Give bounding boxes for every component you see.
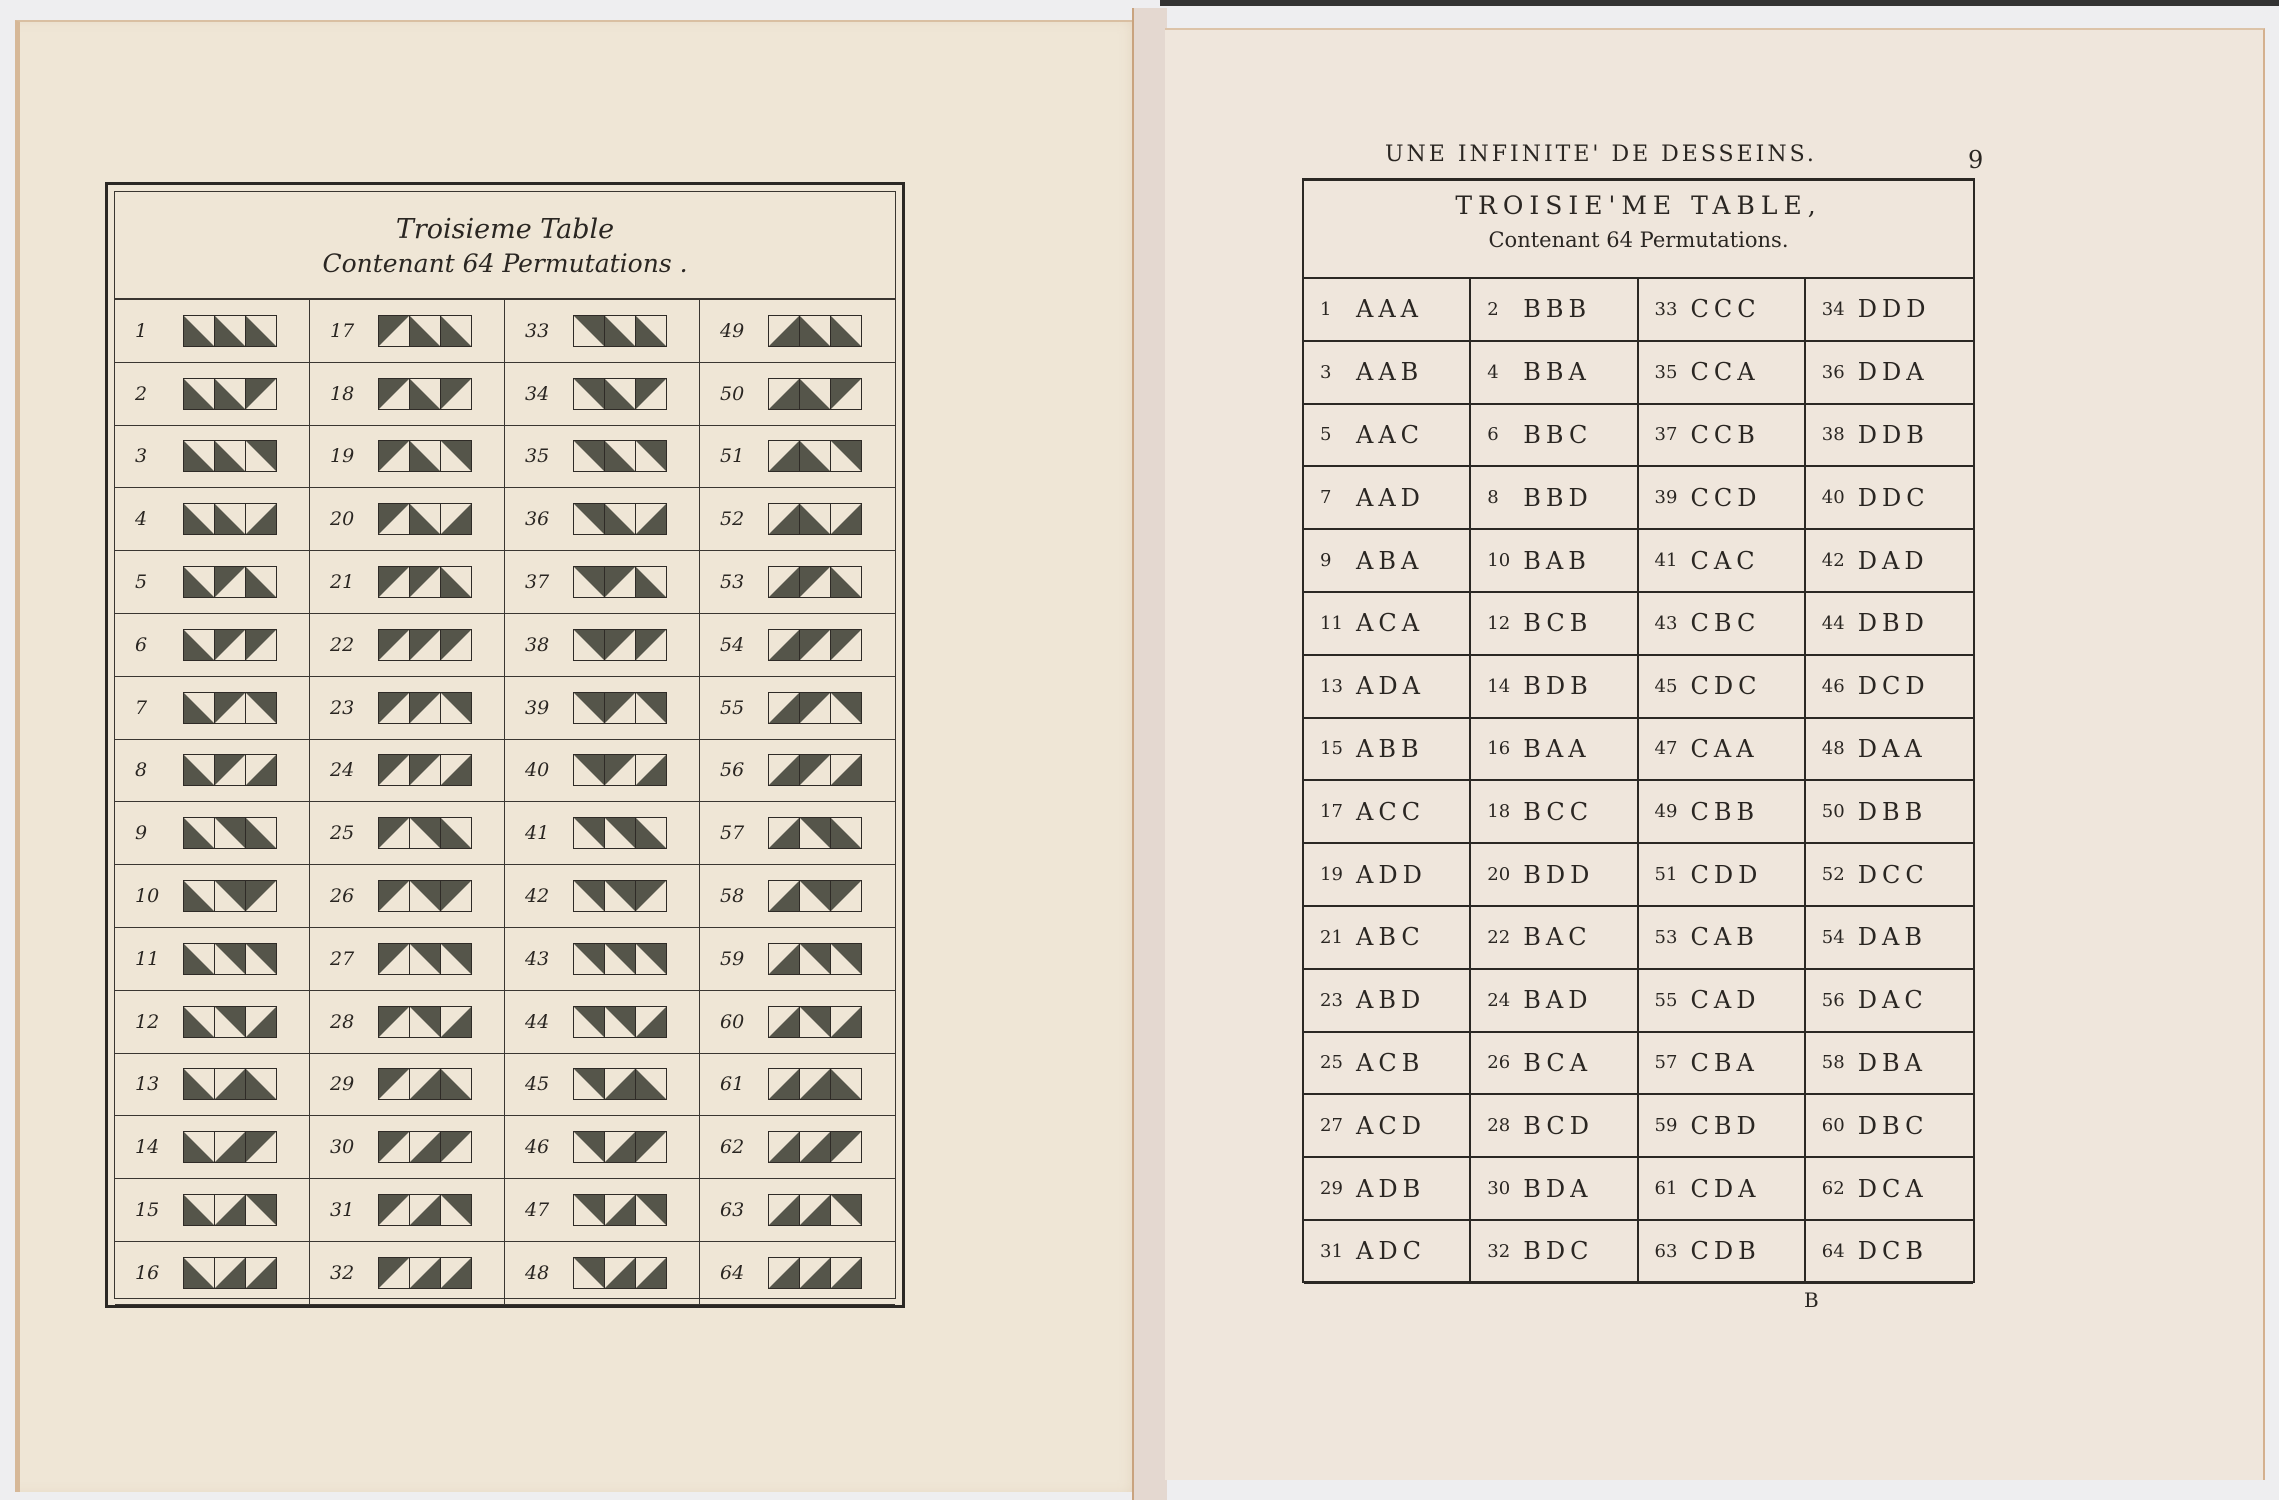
permutation-number: 48 [525, 1262, 573, 1284]
tile-table-cell: 29 [310, 1054, 505, 1117]
triangle-tile-c-icon [605, 1007, 636, 1037]
triangle-tile-c-icon [574, 944, 605, 974]
letter-table-title-block: TROISIE'ME TABLE, Contenant 64 Permutati… [1304, 181, 1973, 279]
triangle-tile-d-icon [410, 1258, 441, 1288]
triangle-tile-b-icon [215, 630, 246, 660]
triangle-tile-c-icon [574, 316, 605, 346]
letter-table-cell: 47CAA [1639, 719, 1806, 782]
triangle-tile-b-icon [800, 755, 831, 785]
permutation-number: 63 [1655, 1241, 1691, 1262]
triangle-tile-d-icon [215, 1069, 246, 1099]
triangle-tile-d-icon [769, 693, 800, 723]
permutation-letters: DDD [1858, 295, 1931, 323]
permutation-letters: ABB [1356, 735, 1424, 763]
permutation-number: 9 [135, 822, 183, 844]
triangle-tile-b-icon [800, 567, 831, 597]
triangle-tile-b-icon [410, 630, 441, 660]
tile-table-cell: 55 [700, 677, 895, 740]
tile-table-cell: 17 [310, 300, 505, 363]
permutation-number: 4 [135, 508, 183, 530]
triangle-tile-b-icon [410, 755, 441, 785]
triangle-tile-b-icon [379, 818, 410, 848]
tile-strip [573, 754, 667, 786]
triangle-tile-b-icon [379, 504, 410, 534]
tile-table-cell: 18 [310, 363, 505, 426]
triangle-tile-d-icon [636, 1258, 666, 1288]
permutation-letters: ADC [1356, 1237, 1426, 1265]
triangle-tile-c-icon [605, 818, 636, 848]
tile-table-cell: 12 [115, 991, 310, 1054]
tile-table-cell: 8 [115, 740, 310, 803]
letter-table-cell: 5AAC [1304, 405, 1471, 468]
triangle-tile-c-icon [831, 441, 861, 471]
tile-table-cell: 39 [505, 677, 700, 740]
tile-table-cell: 38 [505, 614, 700, 677]
tile-strip [768, 378, 862, 410]
triangle-tile-b-icon [246, 630, 276, 660]
triangle-tile-d-icon [769, 1132, 800, 1162]
tile-table-cell: 20 [310, 488, 505, 551]
tile-table-cell: 28 [310, 991, 505, 1054]
permutation-number: 16 [1487, 738, 1523, 759]
triangle-tile-c-icon [800, 881, 831, 911]
letter-table-cell: 58DBA [1806, 1033, 1973, 1096]
triangle-tile-b-icon [636, 630, 666, 660]
tile-table-title: Troisieme Table [115, 192, 895, 245]
running-head: UNE INFINITE' DE DESSEINS. [1385, 142, 1817, 167]
tile-strip [768, 1194, 862, 1226]
permutation-letters: ADD [1356, 861, 1427, 889]
triangle-tile-d-icon [605, 1258, 636, 1288]
permutation-number: 14 [135, 1136, 183, 1158]
triangle-tile-c-icon [441, 441, 471, 471]
permutation-number: 21 [330, 571, 378, 593]
tile-table-cell: 43 [505, 928, 700, 991]
letter-table-cell: 57CBA [1639, 1033, 1806, 1096]
permutation-number: 27 [330, 948, 378, 970]
permutation-letters: DCD [1858, 672, 1930, 700]
triangle-tile-b-icon [831, 379, 861, 409]
letter-table-cell: 46DCD [1806, 656, 1973, 719]
triangle-tile-d-icon [769, 630, 800, 660]
permutation-number: 1 [135, 320, 183, 342]
permutation-number: 12 [135, 1011, 183, 1033]
triangle-tile-a-icon [410, 316, 441, 346]
letter-table-cell: 34DDD [1806, 279, 1973, 342]
triangle-tile-d-icon [831, 504, 861, 534]
triangle-tile-d-icon [769, 316, 800, 346]
tile-strip [573, 1006, 667, 1038]
tile-strip [378, 503, 472, 535]
permutation-number: 25 [1320, 1052, 1356, 1073]
triangle-tile-c-icon [574, 1195, 605, 1225]
permutation-letters: CAC [1691, 547, 1760, 575]
tile-strip [573, 1194, 667, 1226]
permutation-letters: DBB [1858, 798, 1928, 826]
triangle-tile-b-icon [246, 379, 276, 409]
permutation-letters: ABD [1356, 986, 1425, 1014]
permutation-number: 29 [1320, 1178, 1356, 1199]
permutation-letters: AAB [1356, 358, 1423, 386]
letter-table-cell: 37CCB [1639, 405, 1806, 468]
permutation-letters: CAA [1691, 735, 1759, 763]
permutation-number: 60 [1822, 1115, 1858, 1136]
triangle-tile-c-icon [574, 1007, 605, 1037]
triangle-tile-c-icon [605, 944, 636, 974]
permutation-number: 52 [1822, 864, 1858, 885]
permutation-number: 59 [720, 948, 768, 970]
permutation-letters: BDC [1523, 1237, 1593, 1265]
triangle-tile-d-icon [769, 944, 800, 974]
triangle-tile-c-icon [574, 693, 605, 723]
triangle-tile-b-icon [441, 1132, 471, 1162]
letter-table-cell: 55CAD [1639, 970, 1806, 1033]
triangle-tile-a-icon [800, 316, 831, 346]
letter-table-cell: 25ACB [1304, 1033, 1471, 1096]
permutation-number: 5 [1320, 424, 1356, 445]
permutation-number: 36 [525, 508, 573, 530]
triangle-tile-a-icon [215, 441, 246, 471]
letter-table-cell: 51CDD [1639, 844, 1806, 907]
triangle-tile-b-icon [831, 630, 861, 660]
triangle-tile-b-icon [379, 1007, 410, 1037]
tile-table-cell: 60 [700, 991, 895, 1054]
tile-strip [378, 1068, 472, 1100]
permutation-number: 40 [1822, 487, 1858, 508]
permutation-number: 26 [330, 885, 378, 907]
tile-strip [768, 440, 862, 472]
letter-table-cell: 18BCC [1471, 781, 1638, 844]
triangle-tile-c-icon [574, 1132, 605, 1162]
triangle-tile-b-icon [636, 1132, 666, 1162]
triangle-tile-c-icon [800, 818, 831, 848]
letter-table-cell: 8BBD [1471, 467, 1638, 530]
letter-table-cell: 36DDA [1806, 342, 1973, 405]
tile-strip [768, 692, 862, 724]
permutation-number: 27 [1320, 1115, 1356, 1136]
triangle-tile-c-icon [246, 944, 276, 974]
permutation-letters: DDC [1858, 484, 1930, 512]
tile-strip [573, 629, 667, 661]
triangle-tile-b-icon [636, 881, 666, 911]
letter-table-cell: 43CBC [1639, 593, 1806, 656]
permutation-letters: BBC [1523, 421, 1592, 449]
triangle-tile-a-icon [184, 1132, 215, 1162]
triangle-tile-d-icon [636, 504, 666, 534]
triangle-tile-a-icon [605, 504, 636, 534]
triangle-tile-a-icon [410, 379, 441, 409]
letter-table-cell: 27ACD [1304, 1095, 1471, 1158]
permutation-letters: CBC [1691, 609, 1761, 637]
permutation-letters: DBD [1858, 609, 1929, 637]
triangle-tile-c-icon [574, 630, 605, 660]
letter-table-cell: 2BBB [1471, 279, 1638, 342]
tile-table-cell: 52 [700, 488, 895, 551]
permutation-number: 55 [1655, 990, 1691, 1011]
tile-strip [378, 440, 472, 472]
triangle-tile-c-icon [215, 818, 246, 848]
tile-permutation-table: Troisieme Table Contenant 64 Permutation… [105, 182, 905, 1308]
triangle-tile-d-icon [800, 1258, 831, 1288]
tile-strip [183, 566, 277, 598]
tile-table-cell: 26 [310, 865, 505, 928]
triangle-tile-c-icon [410, 881, 441, 911]
tile-table-cell: 46 [505, 1116, 700, 1179]
permutation-letters: DDB [1858, 421, 1929, 449]
triangle-tile-d-icon [769, 1258, 800, 1288]
permutation-number: 59 [1655, 1115, 1691, 1136]
triangle-tile-a-icon [184, 567, 215, 597]
tile-strip [378, 315, 472, 347]
permutation-number: 44 [1822, 613, 1858, 634]
permutation-number: 57 [720, 822, 768, 844]
triangle-tile-d-icon [246, 755, 276, 785]
tile-table-cell: 49 [700, 300, 895, 363]
triangle-tile-a-icon [184, 316, 215, 346]
permutation-letters: BCC [1523, 798, 1593, 826]
permutation-letters: DDA [1858, 358, 1929, 386]
triangle-tile-d-icon [769, 567, 800, 597]
triangle-tile-c-icon [410, 818, 441, 848]
tile-table-cell: 44 [505, 991, 700, 1054]
triangle-tile-c-icon [574, 441, 605, 471]
triangle-tile-a-icon [636, 1069, 666, 1099]
tile-strip [378, 566, 472, 598]
permutation-letters: CBA [1691, 1049, 1759, 1077]
letter-table-cell: 3AAB [1304, 342, 1471, 405]
permutation-number: 2 [1487, 299, 1523, 320]
permutation-number: 42 [1822, 550, 1858, 571]
triangle-tile-a-icon [184, 1258, 215, 1288]
triangle-tile-d-icon [215, 1132, 246, 1162]
triangle-tile-b-icon [831, 1132, 861, 1162]
triangle-tile-b-icon [379, 1258, 410, 1288]
triangle-tile-a-icon [184, 441, 215, 471]
triangle-tile-b-icon [605, 755, 636, 785]
permutation-number: 24 [1487, 990, 1523, 1011]
letter-table-cell: 41CAC [1639, 530, 1806, 593]
tile-strip [573, 1257, 667, 1289]
letter-table-cell: 16BAA [1471, 719, 1638, 782]
triangle-tile-a-icon [800, 379, 831, 409]
tile-strip [183, 817, 277, 849]
permutation-number: 49 [720, 320, 768, 342]
triangle-tile-a-icon [441, 316, 471, 346]
triangle-tile-b-icon [410, 567, 441, 597]
triangle-tile-d-icon [769, 379, 800, 409]
permutation-number: 53 [1655, 927, 1691, 948]
permutation-number: 50 [1822, 801, 1858, 822]
tile-table-cell: 11 [115, 928, 310, 991]
triangle-tile-b-icon [410, 693, 441, 723]
tile-strip [378, 378, 472, 410]
tile-table-cell: 42 [505, 865, 700, 928]
permutation-number: 49 [1655, 801, 1691, 822]
tile-table-cell: 48 [505, 1242, 700, 1305]
letter-table-cell: 17ACC [1304, 781, 1471, 844]
tile-table-cell: 15 [115, 1179, 310, 1242]
permutation-number: 23 [1320, 990, 1356, 1011]
tile-strip [183, 378, 277, 410]
tile-strip [378, 754, 472, 786]
triangle-tile-a-icon [184, 379, 215, 409]
triangle-tile-d-icon [769, 881, 800, 911]
permutation-number: 47 [525, 1199, 573, 1221]
tile-strip [768, 629, 862, 661]
tile-strip [768, 1131, 862, 1163]
triangle-tile-d-icon [410, 1132, 441, 1162]
tile-strip [183, 943, 277, 975]
triangle-tile-a-icon [184, 944, 215, 974]
letter-table-cell: 35CCA [1639, 342, 1806, 405]
permutation-letters: DCB [1858, 1237, 1928, 1265]
letter-table-cell: 21ABC [1304, 907, 1471, 970]
tile-strip [768, 817, 862, 849]
triangle-tile-b-icon [215, 567, 246, 597]
tile-table-cell: 10 [115, 865, 310, 928]
triangle-tile-a-icon [831, 316, 861, 346]
triangle-tile-a-icon [636, 316, 666, 346]
triangle-tile-b-icon [379, 944, 410, 974]
letter-table-cell: 1AAA [1304, 279, 1471, 342]
permutation-number: 15 [1320, 738, 1356, 759]
letter-table-cell: 23ABD [1304, 970, 1471, 1033]
triangle-tile-a-icon [246, 1069, 276, 1099]
permutation-letters: CCB [1691, 421, 1760, 449]
permutation-number: 24 [330, 759, 378, 781]
permutation-letters: CDA [1691, 1175, 1761, 1203]
tile-grid: 1173349218345031935514203652521375362238… [115, 300, 895, 1305]
permutation-number: 40 [525, 759, 573, 781]
tile-table-cell: 35 [505, 426, 700, 489]
triangle-tile-b-icon [379, 567, 410, 597]
tile-strip [183, 880, 277, 912]
triangle-tile-c-icon [246, 1195, 276, 1225]
tile-strip [378, 629, 472, 661]
permutation-letters: DCC [1858, 861, 1929, 889]
triangle-tile-d-icon [605, 1195, 636, 1225]
triangle-tile-d-icon [246, 504, 276, 534]
tile-strip [183, 1006, 277, 1038]
tile-strip [768, 566, 862, 598]
letter-table-cell: 9ABA [1304, 530, 1471, 593]
tile-table-cell: 19 [310, 426, 505, 489]
permutation-letters: ABA [1356, 547, 1423, 575]
triangle-tile-d-icon [769, 1007, 800, 1037]
permutation-number: 39 [1655, 487, 1691, 508]
tile-table-cell: 24 [310, 740, 505, 803]
tile-table-cell: 61 [700, 1054, 895, 1117]
permutation-number: 50 [720, 383, 768, 405]
permutation-number: 61 [720, 1073, 768, 1095]
triangle-tile-b-icon [379, 881, 410, 911]
permutation-number: 45 [1655, 676, 1691, 697]
triangle-tile-a-icon [184, 504, 215, 534]
tile-table-cell: 31 [310, 1179, 505, 1242]
tile-strip [378, 1257, 472, 1289]
triangle-tile-b-icon [379, 693, 410, 723]
permutation-number: 41 [525, 822, 573, 844]
triangle-tile-a-icon [184, 818, 215, 848]
permutation-number: 33 [1655, 299, 1691, 320]
letter-table-cell: 54DAB [1806, 907, 1973, 970]
triangle-tile-d-icon [831, 1258, 861, 1288]
permutation-number: 32 [330, 1262, 378, 1284]
permutation-number: 10 [1487, 550, 1523, 571]
permutation-number: 62 [1822, 1178, 1858, 1199]
triangle-tile-b-icon [379, 630, 410, 660]
tile-table-cell: 5 [115, 551, 310, 614]
tile-table-cell: 62 [700, 1116, 895, 1179]
triangle-tile-d-icon [831, 755, 861, 785]
triangle-tile-a-icon [800, 504, 831, 534]
permutation-number: 8 [1487, 487, 1523, 508]
permutation-number: 13 [1320, 676, 1356, 697]
triangle-tile-d-icon [831, 1007, 861, 1037]
triangle-tile-a-icon [636, 818, 666, 848]
tile-table-cell: 34 [505, 363, 700, 426]
letter-table-cell: 60DBC [1806, 1095, 1973, 1158]
permutation-number: 61 [1655, 1178, 1691, 1199]
permutation-number: 2 [135, 383, 183, 405]
triangle-tile-c-icon [410, 1007, 441, 1037]
triangle-tile-a-icon [831, 1069, 861, 1099]
triangle-tile-d-icon [441, 1258, 471, 1288]
letter-table-cell: 40DDC [1806, 467, 1973, 530]
letter-table-cell: 38DDB [1806, 405, 1973, 468]
permutation-letters: BAA [1523, 735, 1590, 763]
permutation-number: 30 [330, 1136, 378, 1158]
triangle-tile-a-icon [184, 755, 215, 785]
tile-strip [183, 1194, 277, 1226]
triangle-tile-a-icon [246, 316, 276, 346]
permutation-number: 14 [1487, 676, 1523, 697]
triangle-tile-c-icon [574, 881, 605, 911]
triangle-tile-d-icon [769, 504, 800, 534]
letter-table-cell: 62DCA [1806, 1158, 1973, 1221]
triangle-tile-d-icon [441, 755, 471, 785]
letter-table-cell: 10BAB [1471, 530, 1638, 593]
letter-table-subtitle: Contenant 64 Permutations. [1304, 220, 1973, 252]
triangle-tile-b-icon [441, 630, 471, 660]
triangle-tile-b-icon [800, 630, 831, 660]
tile-strip [573, 880, 667, 912]
permutation-number: 62 [720, 1136, 768, 1158]
permutation-letters: DAD [1858, 547, 1929, 575]
triangle-tile-c-icon [831, 944, 861, 974]
letter-table-cell: 44DBD [1806, 593, 1973, 656]
triangle-tile-d-icon [800, 1132, 831, 1162]
tile-table-cell: 21 [310, 551, 505, 614]
letter-table-cell: 15ABB [1304, 719, 1471, 782]
tile-strip [183, 1131, 277, 1163]
permutation-number: 18 [1487, 801, 1523, 822]
tile-strip [378, 817, 472, 849]
triangle-tile-d-icon [769, 441, 800, 471]
triangle-tile-a-icon [605, 441, 636, 471]
triangle-tile-a-icon [215, 379, 246, 409]
permutation-number: 17 [1320, 801, 1356, 822]
triangle-tile-a-icon [636, 567, 666, 597]
triangle-tile-b-icon [246, 881, 276, 911]
triangle-tile-c-icon [441, 1195, 471, 1225]
permutation-number: 45 [525, 1073, 573, 1095]
permutation-number: 3 [135, 445, 183, 467]
permutation-number: 58 [720, 885, 768, 907]
triangle-tile-c-icon [800, 944, 831, 974]
permutation-number: 29 [330, 1073, 378, 1095]
tile-strip [378, 692, 472, 724]
